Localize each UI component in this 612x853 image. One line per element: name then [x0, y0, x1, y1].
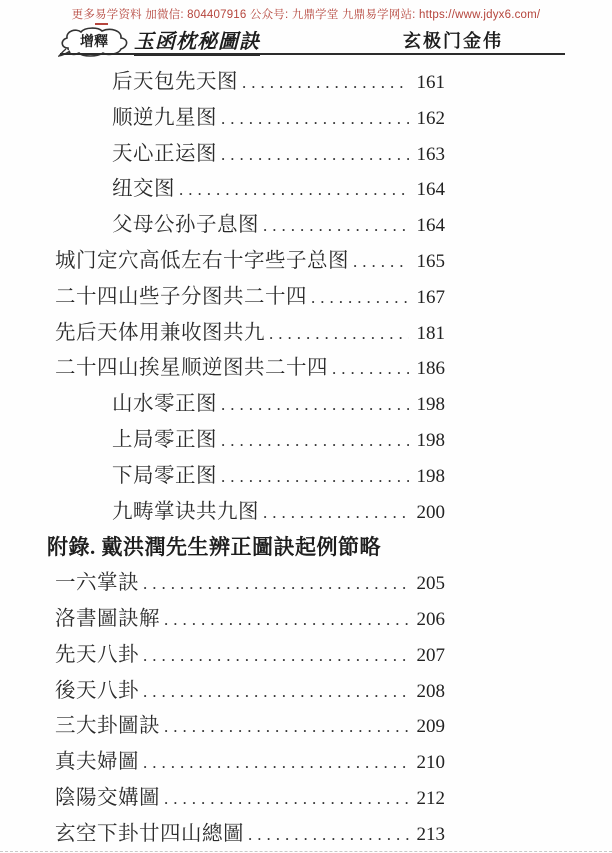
dot-leader: ........................................…	[328, 357, 409, 381]
toc-entry-page: 208	[409, 680, 445, 704]
dot-leader: ........................................…	[265, 322, 409, 346]
toc-entry-page: 200	[409, 501, 445, 525]
dot-leader: ........................................…	[217, 429, 409, 453]
toc-entry-title: 玄空下卦廿四山總圖	[55, 822, 244, 846]
dot-leader: ........................................…	[160, 608, 409, 632]
toc-entry-page: 161	[409, 71, 445, 95]
dot-leader: ........................................…	[307, 286, 409, 310]
toc-entry-title: 上局零正图	[112, 428, 217, 452]
appendix-heading: 附錄. 戴洪潤先生辨正圖訣起例節略	[47, 535, 445, 571]
dot-leader: ........................................…	[139, 644, 409, 668]
toc-entry: 九畴掌诀共九图.................................…	[55, 500, 445, 536]
dot-leader: ........................................…	[160, 787, 409, 811]
toc-entry-page: 198	[409, 465, 445, 489]
toc-entry-page: 207	[409, 644, 445, 668]
dot-leader: ........................................…	[139, 572, 409, 596]
toc-entry-page: 213	[409, 823, 445, 847]
toc-entry-title: 顺逆九星图	[112, 106, 217, 130]
toc-entry: 城门定穴高低左右十字些子总图..........................…	[55, 249, 445, 285]
toc-entry-title: 洛書圖訣解	[55, 607, 160, 631]
toc-entry: 山水零正图...................................…	[55, 392, 445, 428]
dot-leader: ........................................…	[175, 178, 409, 202]
page-bottom-edge	[0, 851, 612, 852]
toc-entry: 真夫婦圖....................................…	[55, 750, 445, 786]
toc-entry-page: 162	[409, 107, 445, 131]
dot-leader: ........................................…	[160, 715, 409, 739]
toc-entry: 父母公孙子息图.................................…	[55, 213, 445, 249]
toc-entry: 后天包先天图..................................…	[55, 70, 445, 106]
toc-entry-title: 城门定穴高低左右十字些子总图	[55, 249, 349, 273]
toc-entry-title: 一六掌訣	[55, 571, 139, 595]
toc-entry: 玄空下卦廿四山總圖...............................…	[55, 822, 445, 853]
toc-entry-page: 164	[409, 178, 445, 202]
toc-entry: 後天八卦....................................…	[55, 679, 445, 715]
toc-entry-title: 父母公孙子息图	[112, 213, 259, 237]
toc-entry: 先天八卦....................................…	[55, 643, 445, 679]
toc-entry-title: 二十四山挨星顺逆图共二十四	[55, 356, 328, 380]
book-title: 玉函枕秘圖訣	[134, 25, 260, 56]
toc-entry-page: 181	[409, 322, 445, 346]
toc-entry: 下局零正图...................................…	[55, 464, 445, 500]
dot-leader: ........................................…	[349, 250, 409, 274]
toc-entry: 洛書圖訣解...................................…	[55, 607, 445, 643]
toc-entry-page: 186	[409, 357, 445, 381]
toc-entry: 天心正运图...................................…	[55, 142, 445, 178]
toc-entry-title: 二十四山些子分图共二十四	[55, 285, 307, 309]
toc-appendix-list: 一六掌訣....................................…	[55, 571, 445, 853]
toc-entry-page: 210	[409, 751, 445, 775]
toc-entry-page: 206	[409, 608, 445, 632]
toc-entry-page: 205	[409, 572, 445, 596]
dot-leader: ........................................…	[139, 680, 409, 704]
toc-entry-page: 209	[409, 715, 445, 739]
toc-entry-title: 陰陽交媾圖	[55, 786, 160, 810]
toc-entry-title: 山水零正图	[112, 392, 217, 416]
dot-leader: ........................................…	[244, 823, 409, 847]
dot-leader: ........................................…	[217, 465, 409, 489]
toc-entry: 二十四山挨星顺逆图共二十四...........................…	[55, 356, 445, 392]
dot-leader: ........................................…	[217, 393, 409, 417]
toc-main-list: 后天包先天图..................................…	[55, 70, 445, 535]
toc-entry: 一六掌訣....................................…	[55, 571, 445, 607]
dot-leader: ........................................…	[217, 107, 409, 131]
promo-text: 更多易学资料 加微信: 804407916 公众号: 九鼎学堂 九鼎易学网站: …	[0, 6, 612, 22]
toc-entry-page: 167	[409, 286, 445, 310]
toc-entry-title: 后天包先天图	[112, 70, 238, 94]
header-rule	[60, 53, 565, 55]
toc-entry-title: 後天八卦	[55, 679, 139, 703]
dot-leader: ........................................…	[217, 143, 409, 167]
toc-entry-page: 212	[409, 787, 445, 811]
author-name: 玄极门金伟	[403, 27, 503, 53]
page-header: 增釋 玉函枕秘圖訣 玄极门金伟	[58, 25, 565, 55]
dot-leader: ........................................…	[259, 501, 409, 525]
toc-entry: 陰陽交媾圖...................................…	[55, 786, 445, 822]
badge-label: 增釋	[80, 33, 108, 50]
toc-entry-page: 198	[409, 429, 445, 453]
dot-leader: ........................................…	[238, 71, 409, 95]
toc-entry: 二十四山些子分图共二十四............................…	[55, 285, 445, 321]
toc-entry-title: 下局零正图	[112, 464, 217, 488]
table-of-contents: 后天包先天图..................................…	[55, 70, 445, 853]
toc-entry-title: 先天八卦	[55, 643, 139, 667]
dot-leader: ........................................…	[259, 214, 409, 238]
toc-entry-page: 163	[409, 143, 445, 167]
dot-leader: ........................................…	[139, 751, 409, 775]
toc-entry: 纽交图.....................................…	[55, 177, 445, 213]
toc-entry-page: 164	[409, 214, 445, 238]
toc-entry-page: 165	[409, 250, 445, 274]
toc-entry: 上局零正图...................................…	[55, 428, 445, 464]
toc-entry-title: 三大卦圖訣	[55, 714, 160, 738]
toc-entry: 三大卦圖訣...................................…	[55, 714, 445, 750]
toc-entry-title: 天心正运图	[112, 142, 217, 166]
toc-entry: 顺逆九星图...................................…	[55, 106, 445, 142]
toc-entry-title: 真夫婦圖	[55, 750, 139, 774]
toc-entry-title: 先后天体用兼收图共九	[55, 321, 265, 345]
toc-entry: 先后天体用兼收图共九..............................…	[55, 321, 445, 357]
toc-entry-page: 198	[409, 393, 445, 417]
toc-entry-title: 九畴掌诀共九图	[112, 500, 259, 524]
toc-entry-title: 纽交图	[112, 177, 175, 201]
